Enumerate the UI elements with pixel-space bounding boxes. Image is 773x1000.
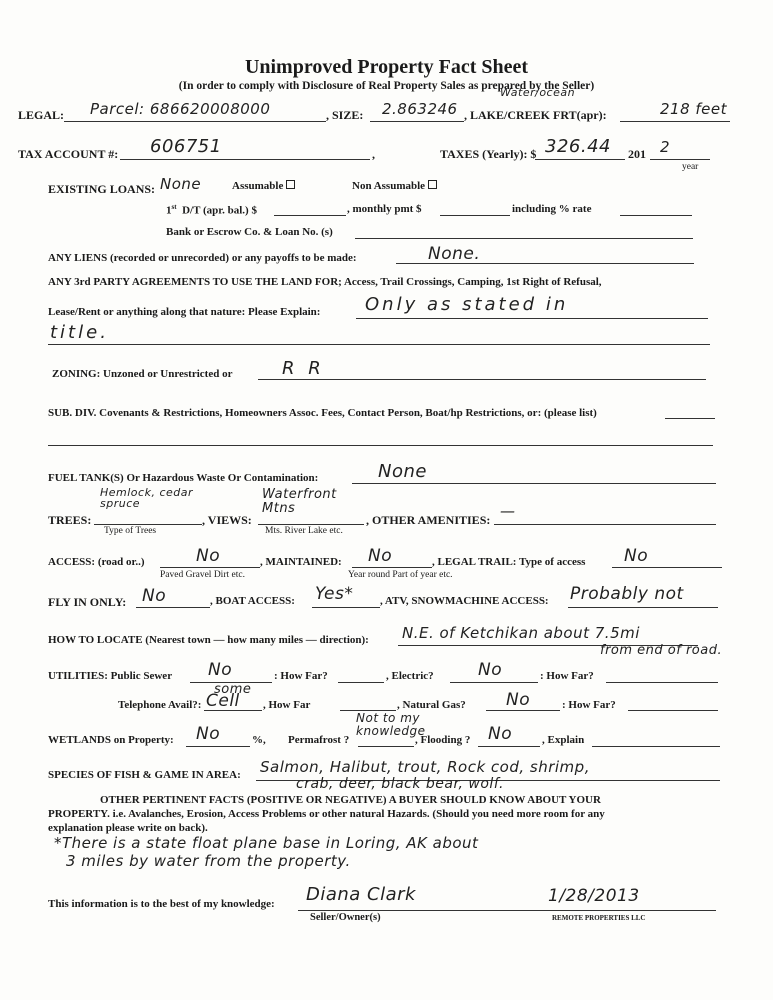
trees-caption: Type of Trees	[104, 526, 156, 536]
frontage-label: , LAKE/CREEK FRT(apr):	[464, 108, 607, 123]
amenities-label: , OTHER AMENITIES:	[366, 513, 490, 528]
rate-field[interactable]	[620, 215, 692, 216]
liens-field[interactable]: None.	[428, 244, 480, 264]
taxes-field[interactable]: 326.44	[545, 136, 611, 157]
maintained-label: , MAINTAINED:	[260, 556, 342, 568]
utilities-label: UTILITIES: Public Sewer	[48, 670, 172, 682]
amenities-field[interactable]: —	[500, 502, 516, 520]
sewer-howfar-field[interactable]	[338, 682, 384, 683]
gas-howfar-label: : How Far?	[562, 699, 616, 711]
assumable-label: Assumable	[232, 180, 283, 192]
size-field[interactable]: 2.863246	[382, 100, 458, 118]
gas-label: , Natural Gas?	[397, 699, 466, 711]
sewer-field[interactable]: No	[208, 660, 232, 680]
other-facts-field-2[interactable]: 3 miles by water from the property.	[66, 852, 351, 870]
wetlands-pct: %,	[252, 734, 266, 746]
boat-field[interactable]: Yes*	[315, 584, 353, 604]
liens-label: ANY LIENS (recorded or unrecorded) or an…	[48, 252, 357, 264]
year-prefix: 201	[628, 147, 646, 162]
monthly-field[interactable]	[440, 215, 510, 216]
frontage-note: Water/ocean	[500, 86, 575, 99]
trees-label: TREES:	[48, 513, 91, 528]
other-heading: OTHER PERTINENT FACTS (POSITIVE OR NEGAT…	[100, 794, 601, 806]
agreements-label-2: Lease/Rent or anything along that nature…	[48, 306, 320, 318]
zoning-field[interactable]: R R	[282, 358, 325, 379]
dt-balance-field[interactable]	[274, 215, 346, 216]
locate-field[interactable]: N.E. of Ketchikan about 7.5mi	[402, 624, 640, 642]
phone-howfar-label: , How Far	[263, 699, 310, 711]
gas-field[interactable]: No	[506, 690, 530, 710]
agreements-field[interactable]: Only as stated in	[365, 294, 568, 315]
agreements-field-2[interactable]: title.	[50, 322, 109, 343]
assumable-checkbox[interactable]	[286, 180, 295, 189]
fly-label: FLY IN ONLY:	[48, 595, 126, 610]
legal-label: LEGAL:	[18, 108, 64, 123]
tax-account-field[interactable]: 606751	[150, 136, 222, 157]
views-field[interactable]: Waterfront Mtns	[262, 488, 352, 516]
sewer-howfar-label: : How Far?	[274, 670, 328, 682]
other-line3: explanation please write on back).	[48, 822, 208, 834]
electric-howfar-field[interactable]	[606, 682, 718, 683]
wetlands-label: WETLANDS on Property:	[48, 734, 174, 746]
trail-field[interactable]: No	[624, 546, 648, 566]
tax-account-label: TAX ACCOUNT #:	[18, 147, 118, 162]
year-field[interactable]: 2	[660, 138, 670, 156]
fuel-label: FUEL TANK(S) Or Hazardous Waste Or Conta…	[48, 472, 318, 484]
agreements-label: ANY 3rd PARTY AGREEMENTS TO USE THE LAND…	[48, 276, 602, 288]
bank-field[interactable]	[355, 238, 693, 239]
phone-label: Telephone Avail?:	[118, 699, 201, 711]
signature-label: This information is to the best of my kn…	[48, 898, 275, 910]
signature-field[interactable]: Diana Clark	[306, 884, 416, 905]
trees-field[interactable]: Hemlock, cedar spruce	[100, 487, 200, 509]
wetlands-field[interactable]: No	[196, 724, 220, 744]
loans-field[interactable]: None	[160, 175, 201, 193]
non-assumable-option[interactable]: Non Assumable	[352, 180, 437, 192]
species-field-2[interactable]: crab, deer, black bear, wolf.	[296, 776, 504, 792]
assumable-option[interactable]: Assumable	[232, 180, 295, 192]
page-subtitle: (In order to comply with Disclosure of R…	[0, 80, 773, 92]
dt-label: 1st D/T (apr. bal.) $	[166, 203, 257, 217]
other-facts-field[interactable]: *There is a state float plane base in Lo…	[54, 834, 478, 852]
fuel-field[interactable]: None	[378, 461, 427, 482]
boat-label: , BOAT ACCESS:	[210, 595, 295, 607]
tax-account-comma: ,	[372, 147, 375, 162]
views-caption: Mts. River Lake etc.	[265, 526, 343, 536]
frontage-field[interactable]: 218 feet	[660, 100, 727, 118]
access-field[interactable]: No	[196, 546, 220, 566]
species-label: SPECIES OF FISH & GAME IN AREA:	[48, 769, 241, 781]
flooding-field[interactable]: No	[488, 724, 512, 744]
locate-label: HOW TO LOCATE (Nearest town — how many m…	[48, 634, 369, 646]
access-label: ACCESS: (road or..)	[48, 556, 145, 568]
non-assumable-label: Non Assumable	[352, 180, 425, 192]
fly-field[interactable]: No	[142, 586, 166, 606]
electric-label: , Electric?	[386, 670, 434, 682]
loans-label: EXISTING LOANS:	[48, 182, 155, 197]
size-label: , SIZE:	[326, 108, 363, 123]
flooding-label: , Flooding ?	[415, 734, 470, 746]
trail-label: , LEGAL TRAIL: Type of access	[432, 556, 585, 568]
phone-field[interactable]: Cell	[206, 691, 240, 711]
date-field[interactable]: 1/28/2013	[548, 886, 640, 906]
company-label: REMOTE PROPERTIES LLC	[552, 914, 646, 922]
locate-field-2[interactable]: from end of road.	[600, 643, 722, 658]
year-caption: year	[682, 162, 698, 172]
atv-field[interactable]: Probably not	[570, 584, 684, 604]
subdiv-field[interactable]	[48, 445, 713, 446]
electric-howfar-label: : How Far?	[540, 670, 594, 682]
permafrost-label: Permafrost ?	[288, 734, 349, 746]
access-caption: Paved Gravel Dirt etc.	[160, 570, 245, 580]
zoning-label: ZONING: Unzoned or Unrestricted or	[52, 368, 232, 380]
taxes-label: TAXES (Yearly): $	[440, 147, 536, 162]
non-assumable-checkbox[interactable]	[428, 180, 437, 189]
signature-caption: Seller/Owner(s)	[310, 912, 381, 923]
legal-field[interactable]: Parcel: 686620008000	[90, 100, 270, 118]
explain-field[interactable]	[592, 746, 720, 747]
atv-label: , ATV, SNOWMACHINE ACCESS:	[380, 595, 549, 607]
page-title: Unimproved Property Fact Sheet	[0, 56, 773, 79]
rate-label: including % rate	[512, 203, 591, 215]
views-label: , VIEWS:	[202, 513, 252, 528]
other-line2: PROPERTY. i.e. Avalanches, Erosion, Acce…	[48, 808, 605, 820]
bank-label: Bank or Escrow Co. & Loan No. (s)	[166, 226, 333, 238]
explain-label: , Explain	[542, 734, 584, 746]
electric-field[interactable]: No	[478, 660, 502, 680]
monthly-label: , monthly pmt $	[347, 203, 422, 215]
maintained-caption: Year round Part of year etc.	[348, 570, 453, 580]
subdiv-label: SUB. DIV. Covenants & Restrictions, Home…	[48, 407, 597, 419]
species-field[interactable]: Salmon, Halibut, trout, Rock cod, shrimp…	[260, 758, 590, 776]
gas-howfar-field[interactable]	[628, 710, 718, 711]
maintained-field[interactable]: No	[368, 546, 392, 566]
